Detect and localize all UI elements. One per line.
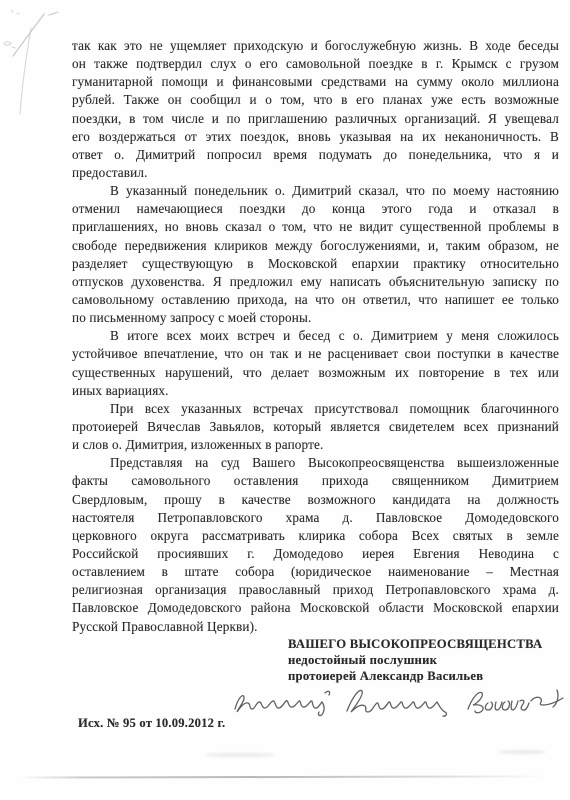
scan-smudge <box>498 750 546 754</box>
text-line: церковного округа рассматривать клирика … <box>72 527 559 545</box>
text-line: ответ о. Димитрий попросил время подумат… <box>72 146 559 164</box>
text-line: свободе передвижения клириков между бого… <box>72 237 559 255</box>
text-line: Павловское Домодедовского района Московс… <box>72 599 559 617</box>
text-line: рублей. Также он сообщил и о том, что в … <box>72 91 559 109</box>
text-line: В итоге всех моих встреч и бесед с о. Ди… <box>72 327 559 345</box>
text-line: и слов о. Димитрия, изложенных в рапорте… <box>72 436 559 454</box>
text-line: При всех указанных встречах присутствова… <box>72 400 559 418</box>
text-line: В указанный понедельник о. Димитрий сказ… <box>72 182 559 200</box>
text-line: по письменному запросу с моей стороны. <box>72 309 559 327</box>
text-line: существенных нарушений, что делает возмо… <box>72 364 559 382</box>
paragraph: В итоге всех моих встреч и бесед с о. Ди… <box>72 327 559 400</box>
text-line: Русской Православной Церкви). <box>72 618 559 636</box>
handwritten-signature <box>232 676 568 722</box>
outgoing-number: Исх. № 95 от 10.09.2012 г. <box>78 716 225 731</box>
text-line: протоиерей Вячеслав Завьялов, который яв… <box>72 418 559 436</box>
signature-humility-line: недостойный послушник <box>288 653 542 669</box>
scanned-document-page: так как это не ущемляет приходскую и бог… <box>0 0 570 800</box>
text-line: предоставил. <box>72 164 559 182</box>
text-line: так как это не ущемляет приходскую и бог… <box>72 37 559 55</box>
text-line: поездки, в том числе и по приглашению ра… <box>72 110 559 128</box>
text-line: его воздержаться от этих поездок, вновь … <box>72 128 559 146</box>
text-line: настоятеля Петропавловского храма д. Пав… <box>72 509 559 527</box>
text-line: устойчивое впечатление, что он так и не … <box>72 345 559 363</box>
text-line: оставлением в штате собора (юридическое … <box>72 563 559 581</box>
text-line: самовольному оставлению прихода, на что … <box>72 291 559 309</box>
text-line: разделяет существующую в Московской епар… <box>72 255 559 273</box>
paragraph: так как это не ущемляет приходскую и бог… <box>72 37 559 182</box>
text-line: факты самовольного оставления прихода св… <box>72 472 559 490</box>
text-line: иных вариациях. <box>72 382 559 400</box>
signature-addressee-line: ВАШЕГО ВЫСОКОПРЕОСВЯЩЕНСТВА <box>288 637 542 653</box>
text-line: Представляя на суд Вашего Высокопреосвящ… <box>72 454 559 472</box>
paragraph: При всех указанных встречах присутствова… <box>72 400 559 454</box>
paragraph: Представляя на суд Вашего Высокопреосвящ… <box>72 454 559 635</box>
text-line: приглашениях, но вновь сказал о том, что… <box>72 218 559 236</box>
scan-smudge <box>205 753 275 757</box>
paragraph: В указанный понедельник о. Димитрий сказ… <box>72 182 559 327</box>
text-line: Российской просиявших г. Домодедово иере… <box>72 545 559 563</box>
text-line: гуманитарной помощи и финансовыми средст… <box>72 73 559 91</box>
text-line: Свердловым, прошу в качестве возможного … <box>72 491 559 509</box>
text-line: религиозная организация православный при… <box>72 581 559 599</box>
text-line: отпусков духовенства. Я предложил ему на… <box>72 273 559 291</box>
page-bottom-edge-line <box>20 775 548 778</box>
text-line: отменил намечающиеся поездки до конца эт… <box>72 200 559 218</box>
text-line: он также подтвердил слух о его самовольн… <box>72 55 559 73</box>
document-body: так как это не ущемляет приходскую и бог… <box>72 37 559 636</box>
